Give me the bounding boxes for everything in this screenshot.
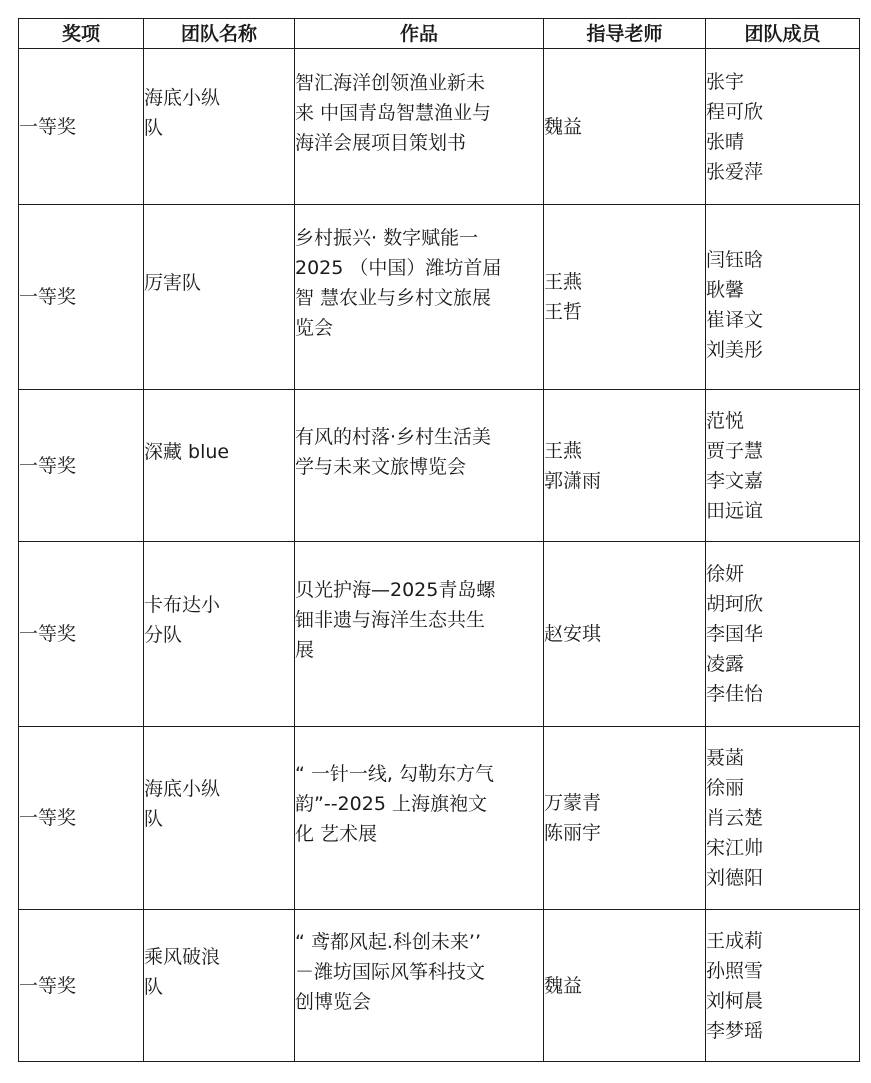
table-row: 一等奖 厉害队 乡村振兴· 数字赋能一 2025 （中国）潍坊首届 智 慧农业与…	[19, 205, 860, 390]
work-cell: 贝光护海—2025青岛螺 钿非遗与海洋生态共生 展	[295, 542, 544, 727]
work-cell: 智汇海洋创领渔业新未 来 中国青岛智慧渔业与 海洋会展项目策划书	[295, 49, 544, 205]
table-row: 一等奖 深藏 blue 有风的村落·乡村生活美 学与未来文旅博览会 王燕 郭潇雨…	[19, 390, 860, 542]
team-name-cell: 海底小纵 队	[144, 727, 295, 910]
header-advisor: 指导老师	[544, 19, 706, 49]
table-row: 一等奖 乘风破浪 队 “ 鸢都风起.科创未来’’ －潍坊国际风筝科技文 创博览会…	[19, 910, 860, 1062]
awards-table: 奖项 团队名称 作品 指导老师 团队成员 一等奖 海底小纵 队 智汇海洋创领渔业…	[18, 18, 860, 1062]
header-team-name: 团队名称	[144, 19, 295, 49]
award-cell: 一等奖	[19, 390, 144, 542]
advisor-cell: 王燕 郭潇雨	[544, 390, 706, 542]
team-name-cell: 海底小纵 队	[144, 49, 295, 205]
work-cell: “ 鸢都风起.科创未来’’ －潍坊国际风筝科技文 创博览会	[295, 910, 544, 1062]
team-name-cell: 厉害队	[144, 205, 295, 390]
table-row: 一等奖 卡布达小 分队 贝光护海—2025青岛螺 钿非遗与海洋生态共生 展 赵安…	[19, 542, 860, 727]
team-name-cell: 卡布达小 分队	[144, 542, 295, 727]
work-cell: 乡村振兴· 数字赋能一 2025 （中国）潍坊首届 智 慧农业与乡村文旅展 览会	[295, 205, 544, 390]
advisor-cell: 赵安琪	[544, 542, 706, 727]
team-name-cell: 乘风破浪 队	[144, 910, 295, 1062]
award-cell: 一等奖	[19, 205, 144, 390]
advisor-cell: 万蒙青 陈丽宇	[544, 727, 706, 910]
work-cell: 有风的村落·乡村生活美 学与未来文旅博览会	[295, 390, 544, 542]
header-row: 奖项 团队名称 作品 指导老师 团队成员	[19, 19, 860, 49]
advisor-cell: 王燕 王哲	[544, 205, 706, 390]
members-cell: 王成莉 孙照雪 刘柯晨 李梦瑶	[706, 910, 860, 1062]
team-name-cell: 深藏 blue	[144, 390, 295, 542]
award-cell: 一等奖	[19, 727, 144, 910]
award-cell: 一等奖	[19, 542, 144, 727]
members-cell: 聂菡 徐丽 肖云楚 宋江帅 刘德阳	[706, 727, 860, 910]
advisor-cell: 魏益	[544, 49, 706, 205]
header-award: 奖项	[19, 19, 144, 49]
header-work: 作品	[295, 19, 544, 49]
advisor-cell: 魏益	[544, 910, 706, 1062]
award-cell: 一等奖	[19, 49, 144, 205]
members-cell: 闫钰晗 耿馨 崔译文 刘美彤	[706, 205, 860, 390]
members-cell: 徐妍 胡珂欣 李国华 凌露 李佳怡	[706, 542, 860, 727]
members-cell: 范悦 贾子慧 李文嘉 田远谊	[706, 390, 860, 542]
work-cell: “ 一针一线, 勾勒东方气 韵”--2025 上海旗袍文 化 艺术展	[295, 727, 544, 910]
members-cell: 张宇 程可欣 张晴 张爱萍	[706, 49, 860, 205]
award-cell: 一等奖	[19, 910, 144, 1062]
header-members: 团队成员	[706, 19, 860, 49]
table-row: 一等奖 海底小纵 队 “ 一针一线, 勾勒东方气 韵”--2025 上海旗袍文 …	[19, 727, 860, 910]
table-row: 一等奖 海底小纵 队 智汇海洋创领渔业新未 来 中国青岛智慧渔业与 海洋会展项目…	[19, 49, 860, 205]
